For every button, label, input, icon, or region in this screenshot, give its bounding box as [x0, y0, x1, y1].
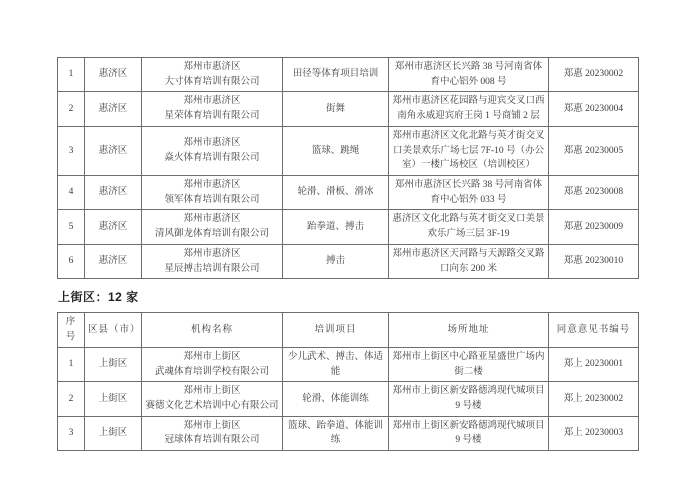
table-row: 6 惠济区 郑州市惠济区 星辰搏击培训有限公司 搏击 郑州市惠济区天河路与天源路… — [58, 244, 639, 278]
table-row: 3 上街区 郑州市上街区 冠球体育培训有限公司 篮球、跆拳道、体能训练 郑州市上… — [58, 416, 639, 450]
cell-serial: 4 — [58, 176, 85, 210]
table-row: 1 上街区 郑州市上街区 武魂体育培训学校有限公司 少儿武术、搏击、体适能 郑州… — [58, 347, 639, 381]
cell-district: 惠济区 — [85, 58, 142, 92]
cell-code: 郑惠 20230004 — [549, 92, 639, 126]
cell-address: 郑州市惠济区长兴路 38 号河南省体育中心铝外 033 号 — [389, 176, 549, 210]
cell-code: 郑惠 20230010 — [549, 244, 639, 278]
cell-program: 少儿武术、搏击、体适能 — [283, 347, 389, 381]
cell-program: 街舞 — [283, 92, 389, 126]
cell-org-name: 郑州市上街区 武魂体育培训学校有限公司 — [142, 347, 283, 381]
cell-serial: 6 — [58, 244, 85, 278]
cell-code: 郑上 20230003 — [549, 416, 639, 450]
cell-org-name: 郑州市上街区 冠球体育培训有限公司 — [142, 416, 283, 450]
cell-address: 郑州市惠济区天河路与天源路交叉路口向东 200 米 — [389, 244, 549, 278]
cell-district: 惠济区 — [85, 92, 142, 126]
cell-org-name: 郑州市上街区 赛德文化艺术培训中心有限公司 — [142, 382, 283, 416]
cell-serial: 3 — [58, 416, 85, 450]
huiji-district-table: 1 惠济区 郑州市惠济区 大寸体育培训有限公司 田径等体育项目培训 郑州市惠济区… — [57, 57, 639, 279]
document-page: 1 惠济区 郑州市惠济区 大寸体育培训有限公司 田径等体育项目培训 郑州市惠济区… — [0, 0, 690, 488]
cell-program: 篮球、跳绳 — [283, 126, 389, 175]
cell-address: 郑州市上街区新安路德鸿现代城项目 9 号楼 — [389, 416, 549, 450]
cell-org-name: 郑州市惠济区 领军体育培训有限公司 — [142, 176, 283, 210]
cell-address: 郑州市上街区新安路德鸿现代城项目 9 号楼 — [389, 382, 549, 416]
shangjie-section-title: 上街区：12 家 — [58, 288, 638, 305]
cell-code: 郑上 20230001 — [549, 347, 639, 381]
table-row: 3 惠济区 郑州市惠济区 焱火体育培训有限公司 篮球、跳绳 郑州市惠济区文化北路… — [58, 126, 639, 175]
header-program: 培训项目 — [283, 313, 389, 347]
cell-program: 田径等体育项目培训 — [283, 58, 389, 92]
cell-program: 搏击 — [283, 244, 389, 278]
cell-district: 惠济区 — [85, 244, 142, 278]
cell-address: 郑州市上街区中心路亚星盛世广场内街二楼 — [389, 347, 549, 381]
header-org-name: 机构名称 — [142, 313, 283, 347]
cell-code: 郑惠 20230008 — [549, 176, 639, 210]
cell-address: 郑州市惠济区长兴路 38 号河南省体育中心铝外 008 号 — [389, 58, 549, 92]
cell-code: 郑上 20230002 — [549, 382, 639, 416]
table-row: 4 惠济区 郑州市惠济区 领军体育培训有限公司 轮滑、滑板、滑冰 郑州市惠济区长… — [58, 176, 639, 210]
table-row: 5 惠济区 郑州市惠济区 清风御龙体育培训有限公司 跆拳道、搏击 惠济区文化北路… — [58, 210, 639, 244]
cell-district: 上街区 — [85, 416, 142, 450]
document-body: 1 惠济区 郑州市惠济区 大寸体育培训有限公司 田径等体育项目培训 郑州市惠济区… — [57, 57, 638, 451]
cell-serial: 1 — [58, 58, 85, 92]
cell-program: 跆拳道、搏击 — [283, 210, 389, 244]
header-address: 场所地址 — [389, 313, 549, 347]
cell-address: 惠济区文化北路与英才街交叉口美景欢乐广场三层 3F-19 — [389, 210, 549, 244]
cell-org-name: 郑州市惠济区 大寸体育培训有限公司 — [142, 58, 283, 92]
cell-code: 郑惠 20230009 — [549, 210, 639, 244]
shangjie-district-table: 序号 区县（市） 机构名称 培训项目 场所地址 同意意见书编号 1 上街区 郑州… — [57, 312, 639, 451]
cell-serial: 5 — [58, 210, 85, 244]
cell-district: 上街区 — [85, 347, 142, 381]
cell-serial: 2 — [58, 382, 85, 416]
cell-district: 惠济区 — [85, 126, 142, 175]
cell-address: 郑州市惠济区文化北路与英才街交叉口美景欢乐广场七层 7F-10 号（办公室）一楼… — [389, 126, 549, 175]
header-district: 区县（市） — [85, 313, 142, 347]
cell-district: 惠济区 — [85, 176, 142, 210]
header-code: 同意意见书编号 — [549, 313, 639, 347]
cell-program: 篮球、跆拳道、体能训练 — [283, 416, 389, 450]
cell-district: 惠济区 — [85, 210, 142, 244]
cell-serial: 3 — [58, 126, 85, 175]
cell-org-name: 郑州市惠济区 清风御龙体育培训有限公司 — [142, 210, 283, 244]
table-header-row: 序号 区县（市） 机构名称 培训项目 场所地址 同意意见书编号 — [58, 313, 639, 347]
cell-district: 上街区 — [85, 382, 142, 416]
cell-program: 轮滑、滑板、滑冰 — [283, 176, 389, 210]
cell-program: 轮滑、体能训练 — [283, 382, 389, 416]
cell-address: 郑州市惠济区花园路与迎宾交叉口西南角永威迎宾府王岗 1 号商铺 2 层 — [389, 92, 549, 126]
cell-code: 郑惠 20230002 — [549, 58, 639, 92]
table-row: 1 惠济区 郑州市惠济区 大寸体育培训有限公司 田径等体育项目培训 郑州市惠济区… — [58, 58, 639, 92]
header-serial: 序号 — [58, 313, 85, 347]
cell-code: 郑惠 20230005 — [549, 126, 639, 175]
cell-serial: 2 — [58, 92, 85, 126]
table-row: 2 上街区 郑州市上街区 赛德文化艺术培训中心有限公司 轮滑、体能训练 郑州市上… — [58, 382, 639, 416]
cell-org-name: 郑州市惠济区 星辰搏击培训有限公司 — [142, 244, 283, 278]
cell-org-name: 郑州市惠济区 焱火体育培训有限公司 — [142, 126, 283, 175]
cell-org-name: 郑州市惠济区 星荣体育培训有限公司 — [142, 92, 283, 126]
cell-serial: 1 — [58, 347, 85, 381]
table-row: 2 惠济区 郑州市惠济区 星荣体育培训有限公司 街舞 郑州市惠济区花园路与迎宾交… — [58, 92, 639, 126]
